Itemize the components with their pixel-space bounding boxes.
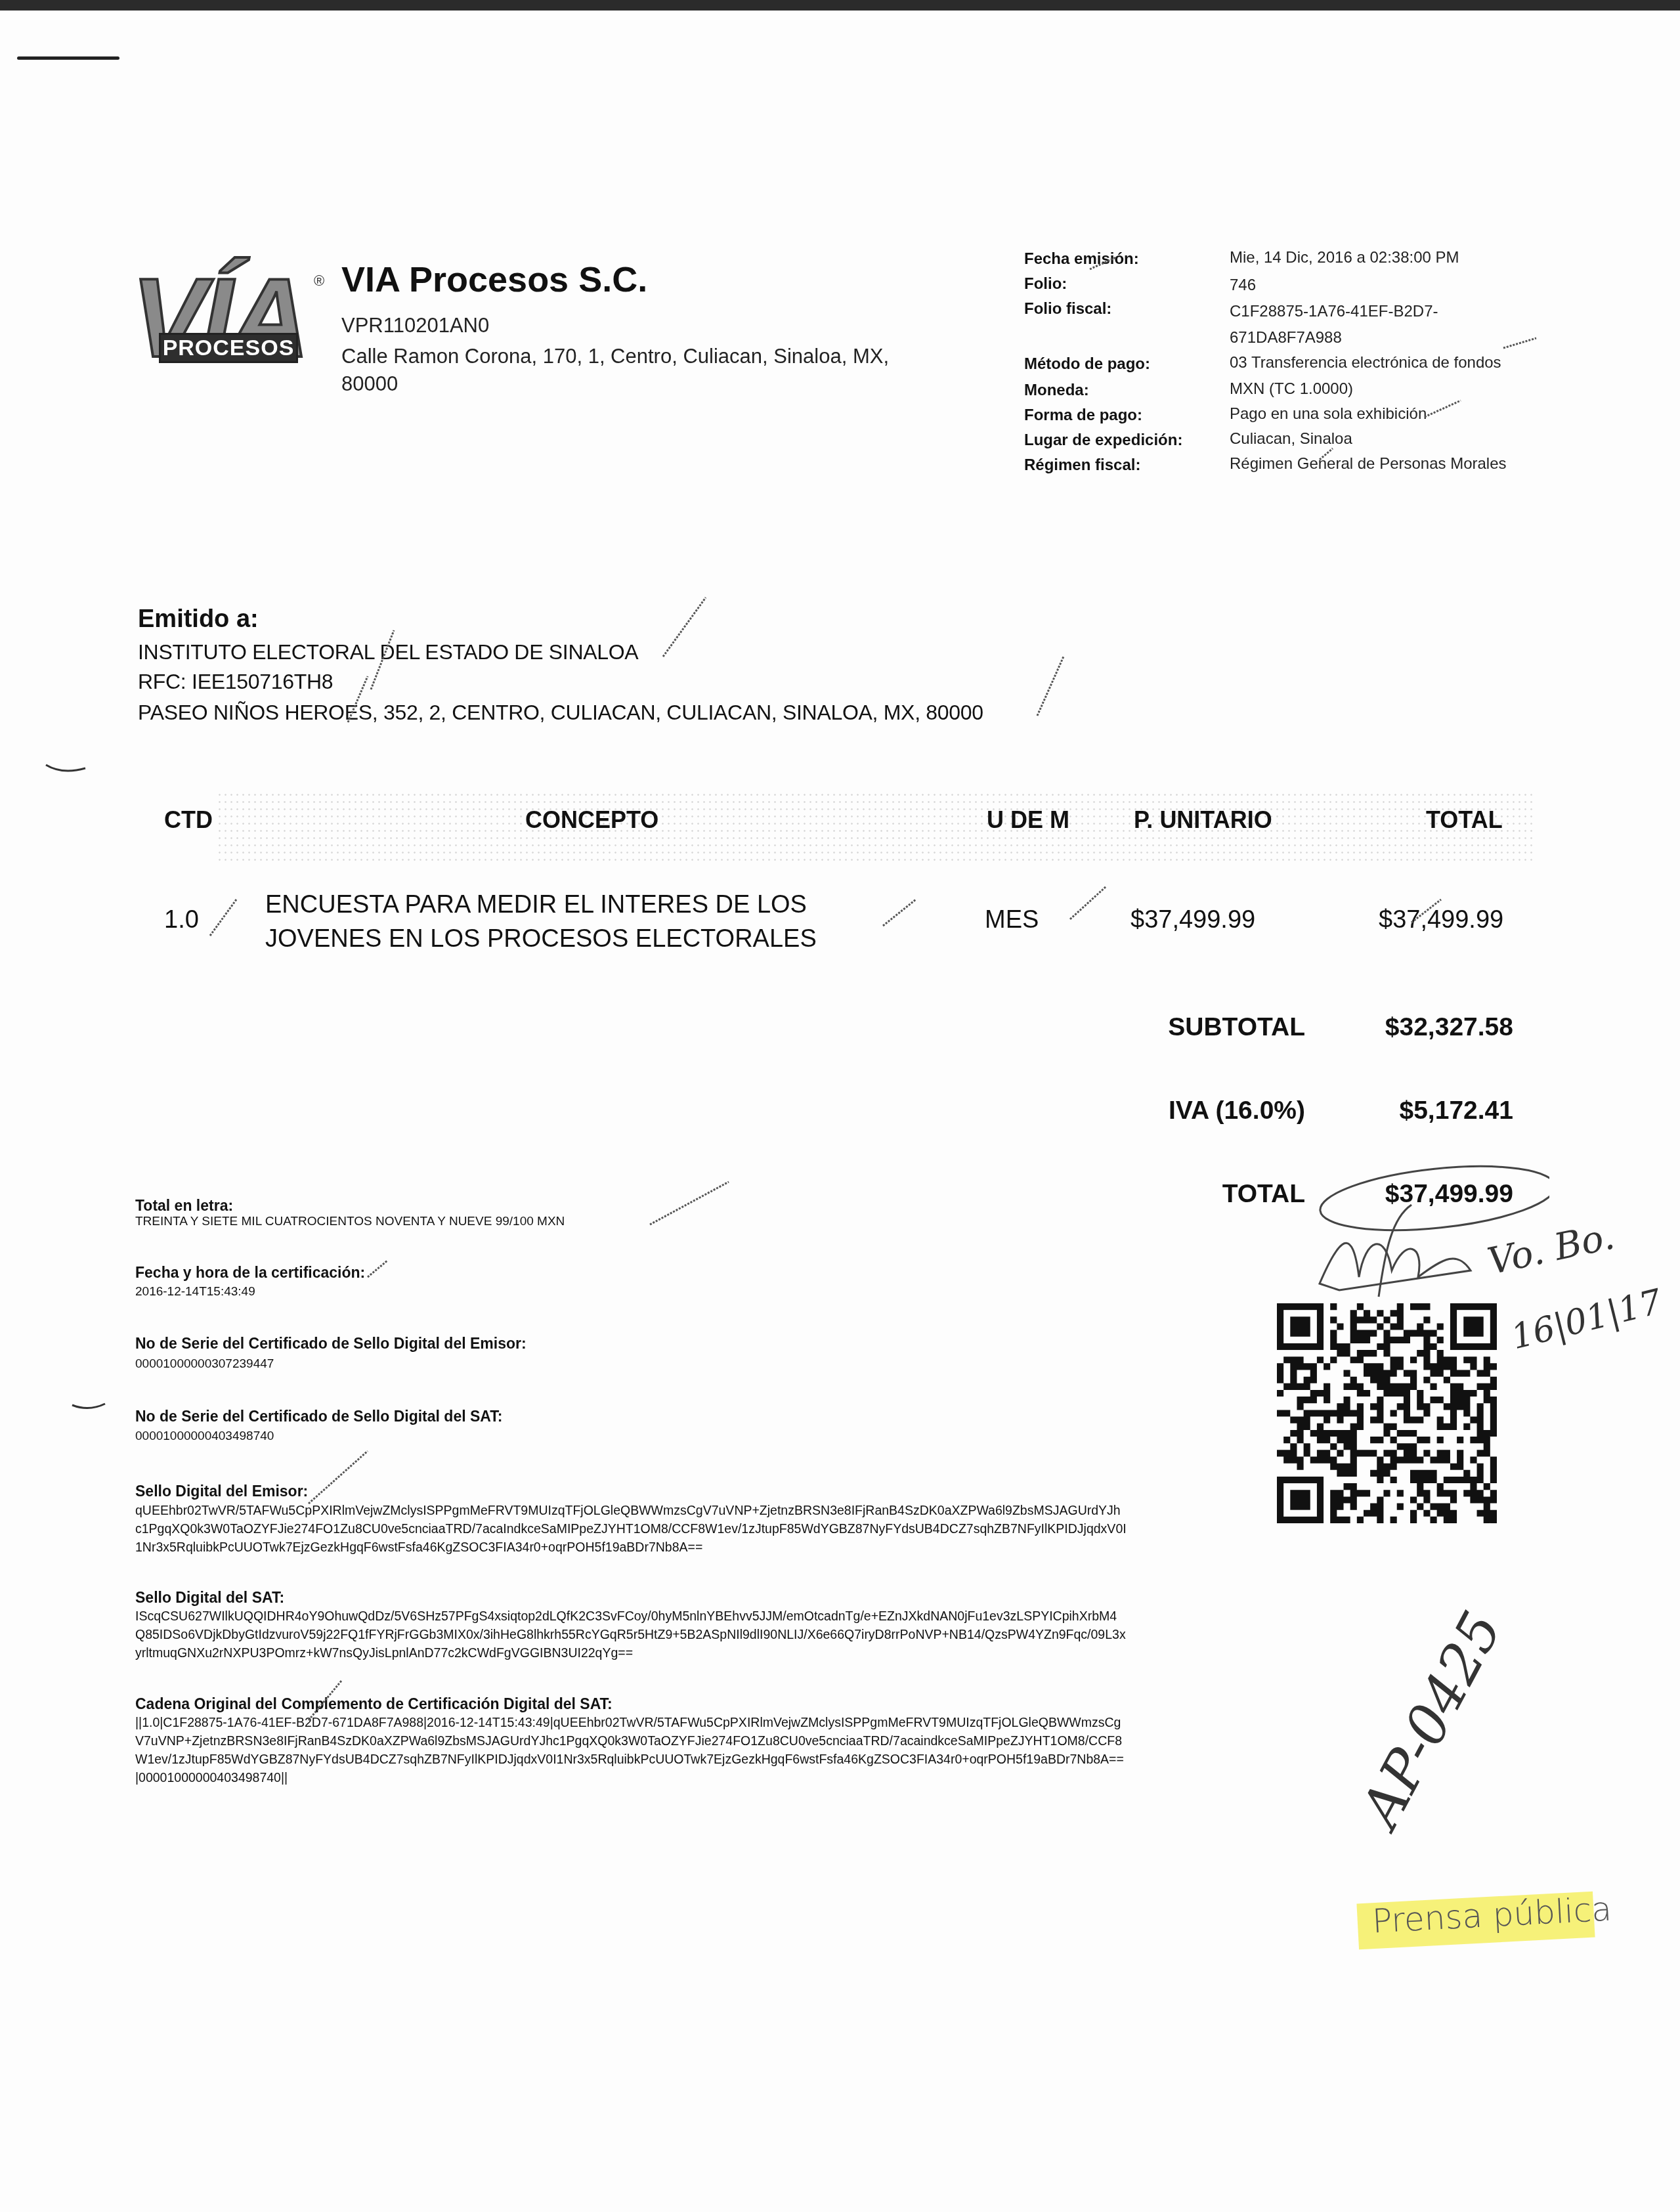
row-total: $37,499.99 [1379, 906, 1503, 934]
registered-icon: ® [314, 272, 324, 290]
logo-band: PROCESOS [159, 333, 298, 363]
meta-label: Lugar de expedición: [1024, 431, 1182, 450]
meta-value: C1F28875-1A76-41EF-B2D7-671DA8F7A988 [1230, 299, 1446, 351]
meta-regimen-fiscal: Régimen fiscal: Régimen General de Perso… [1024, 456, 1549, 483]
meta-value: 746 [1230, 272, 1545, 299]
recipient-address: PASEO NIÑOS HEROES, 352, 2, CENTRO, CULI… [138, 701, 983, 725]
issuer-rfc: VPR110201AN0 [341, 314, 489, 337]
cadena-label: Cadena Original del Complemento de Certi… [135, 1695, 613, 1713]
cadena-value: ||1.0|C1F28875-1A76-41EF-B2D7-671DA8F7A9… [135, 1714, 1127, 1787]
subtotal-label: SUBTOTAL [1108, 1013, 1305, 1042]
meta-value: MXN (TC 1.0000) [1230, 376, 1545, 402]
table-header-background [217, 791, 1536, 863]
col-header-qty: CTD [164, 806, 213, 834]
fecha-cert-label: Fecha y hora de la certificación: [135, 1264, 365, 1282]
meta-label: Fecha emisión: [1024, 250, 1139, 269]
recipient-rfc: RFC: IEE150716TH8 [138, 670, 333, 694]
meta-label: Forma de pago: [1024, 406, 1142, 425]
subtotal-value: $32,327.58 [1303, 1013, 1513, 1042]
total-letra-value: TREINTA Y SIETE MIL CUATROCIENTOS NOVENT… [135, 1215, 565, 1229]
col-header-concept: CONCEPTO [525, 806, 658, 834]
row-unit-price: $37,499.99 [1131, 906, 1255, 934]
issuer-logo: VÍA PROCESOS ® [131, 259, 322, 378]
handwritten-code: AP-0425 [1348, 1601, 1514, 1837]
iva-value: $5,172.41 [1303, 1096, 1513, 1125]
qr-code [1277, 1303, 1497, 1523]
meta-value: Pago en una sola exhibición [1230, 401, 1545, 427]
scan-top-edge [0, 0, 1680, 11]
meta-value: Régimen General de Personas Morales [1230, 451, 1545, 477]
total-letra-label: Total en letra: [135, 1197, 233, 1215]
meta-folio-fiscal: Folio fiscal: C1F28875-1A76-41EF-B2D7-67… [1024, 300, 1549, 326]
sello-sat-value: IScqCSU627WIlkUQQIDHR4oY9OhuwQdDz/5V6SHz… [135, 1607, 1127, 1662]
serie-sat-value: 00001000000403498740 [135, 1429, 274, 1444]
meta-label: Folio: [1024, 275, 1067, 293]
signature-scribble [1300, 1159, 1549, 1310]
col-header-total: TOTAL [1426, 806, 1503, 834]
meta-label: Moneda: [1024, 381, 1089, 400]
meta-folio: Folio: 746 [1024, 275, 1549, 301]
row-concept: ENCUESTA PARA MEDIR EL INTERES DE LOS JO… [265, 888, 876, 956]
row-qty: 1.0 [164, 906, 199, 934]
meta-label: Régimen fiscal: [1024, 456, 1140, 475]
meta-label: Folio fiscal: [1024, 300, 1111, 318]
recipient-name: INSTITUTO ELECTORAL DEL ESTADO DE SINALO… [138, 640, 638, 664]
serie-sat-label: No de Serie del Certificado de Sello Dig… [135, 1408, 502, 1425]
row-unit: MES [985, 906, 1039, 934]
meta-value: Culiacan, Sinaloa [1230, 426, 1545, 452]
total-label: TOTAL [1108, 1180, 1305, 1209]
meta-label: Método de pago: [1024, 355, 1150, 374]
serie-emisor-value: 00001000000307239447 [135, 1357, 274, 1372]
iva-label: IVA (16.0%) [1108, 1096, 1305, 1125]
issuer-name: VIA Procesos S.C. [341, 259, 647, 300]
sello-emisor-value: qUEEhbr02TwVR/5TAFWu5CpPXIRlmVejwZMclysI… [135, 1502, 1127, 1557]
sello-sat-label: Sello Digital del SAT: [135, 1589, 284, 1607]
scan-mark [17, 56, 119, 60]
fecha-cert-value: 2016-12-14T15:43:49 [135, 1285, 255, 1299]
issuer-address: Calle Ramon Corona, 170, 1, Centro, Culi… [341, 343, 932, 398]
col-header-unit-price: P. UNITARIO [1134, 806, 1272, 834]
sello-emisor-label: Sello Digital del Emisor: [135, 1483, 308, 1500]
col-header-unit: U DE M [987, 806, 1069, 834]
recipient-title: Emitido a: [138, 605, 259, 634]
meta-value: Mie, 14 Dic, 2016 a 02:38:00 PM [1230, 245, 1545, 271]
meta-value: 03 Transferencia electrónica de fondos [1230, 350, 1545, 376]
serie-emisor-label: No de Serie del Certificado de Sello Dig… [135, 1335, 527, 1353]
